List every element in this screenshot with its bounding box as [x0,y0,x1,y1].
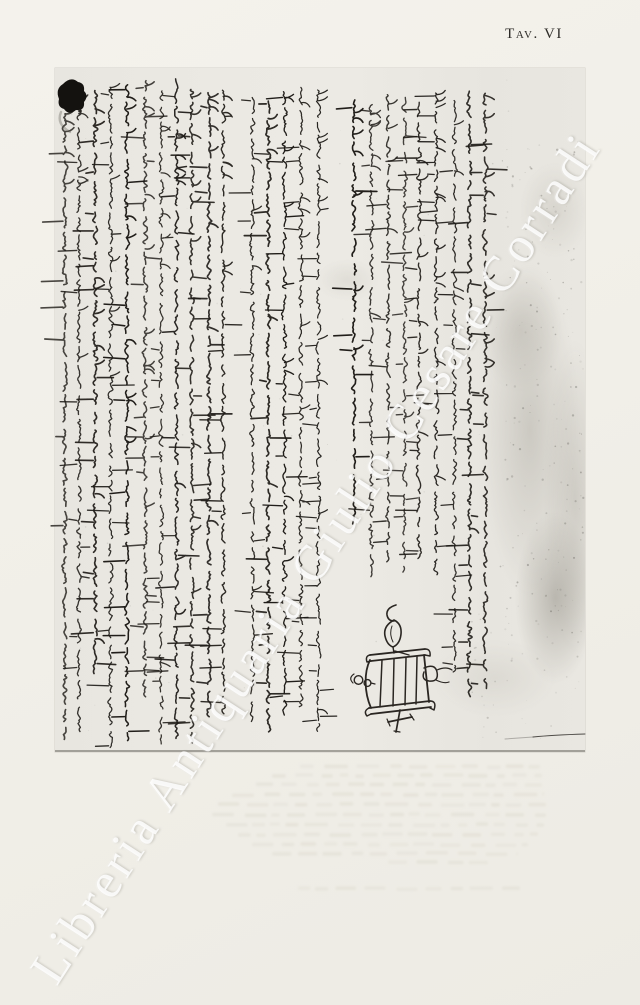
plate-label: Tav. VI [505,26,563,43]
book-page: Tav. VI [0,0,640,1005]
show-through-text [212,764,546,891]
manuscript-photograph [55,68,585,752]
